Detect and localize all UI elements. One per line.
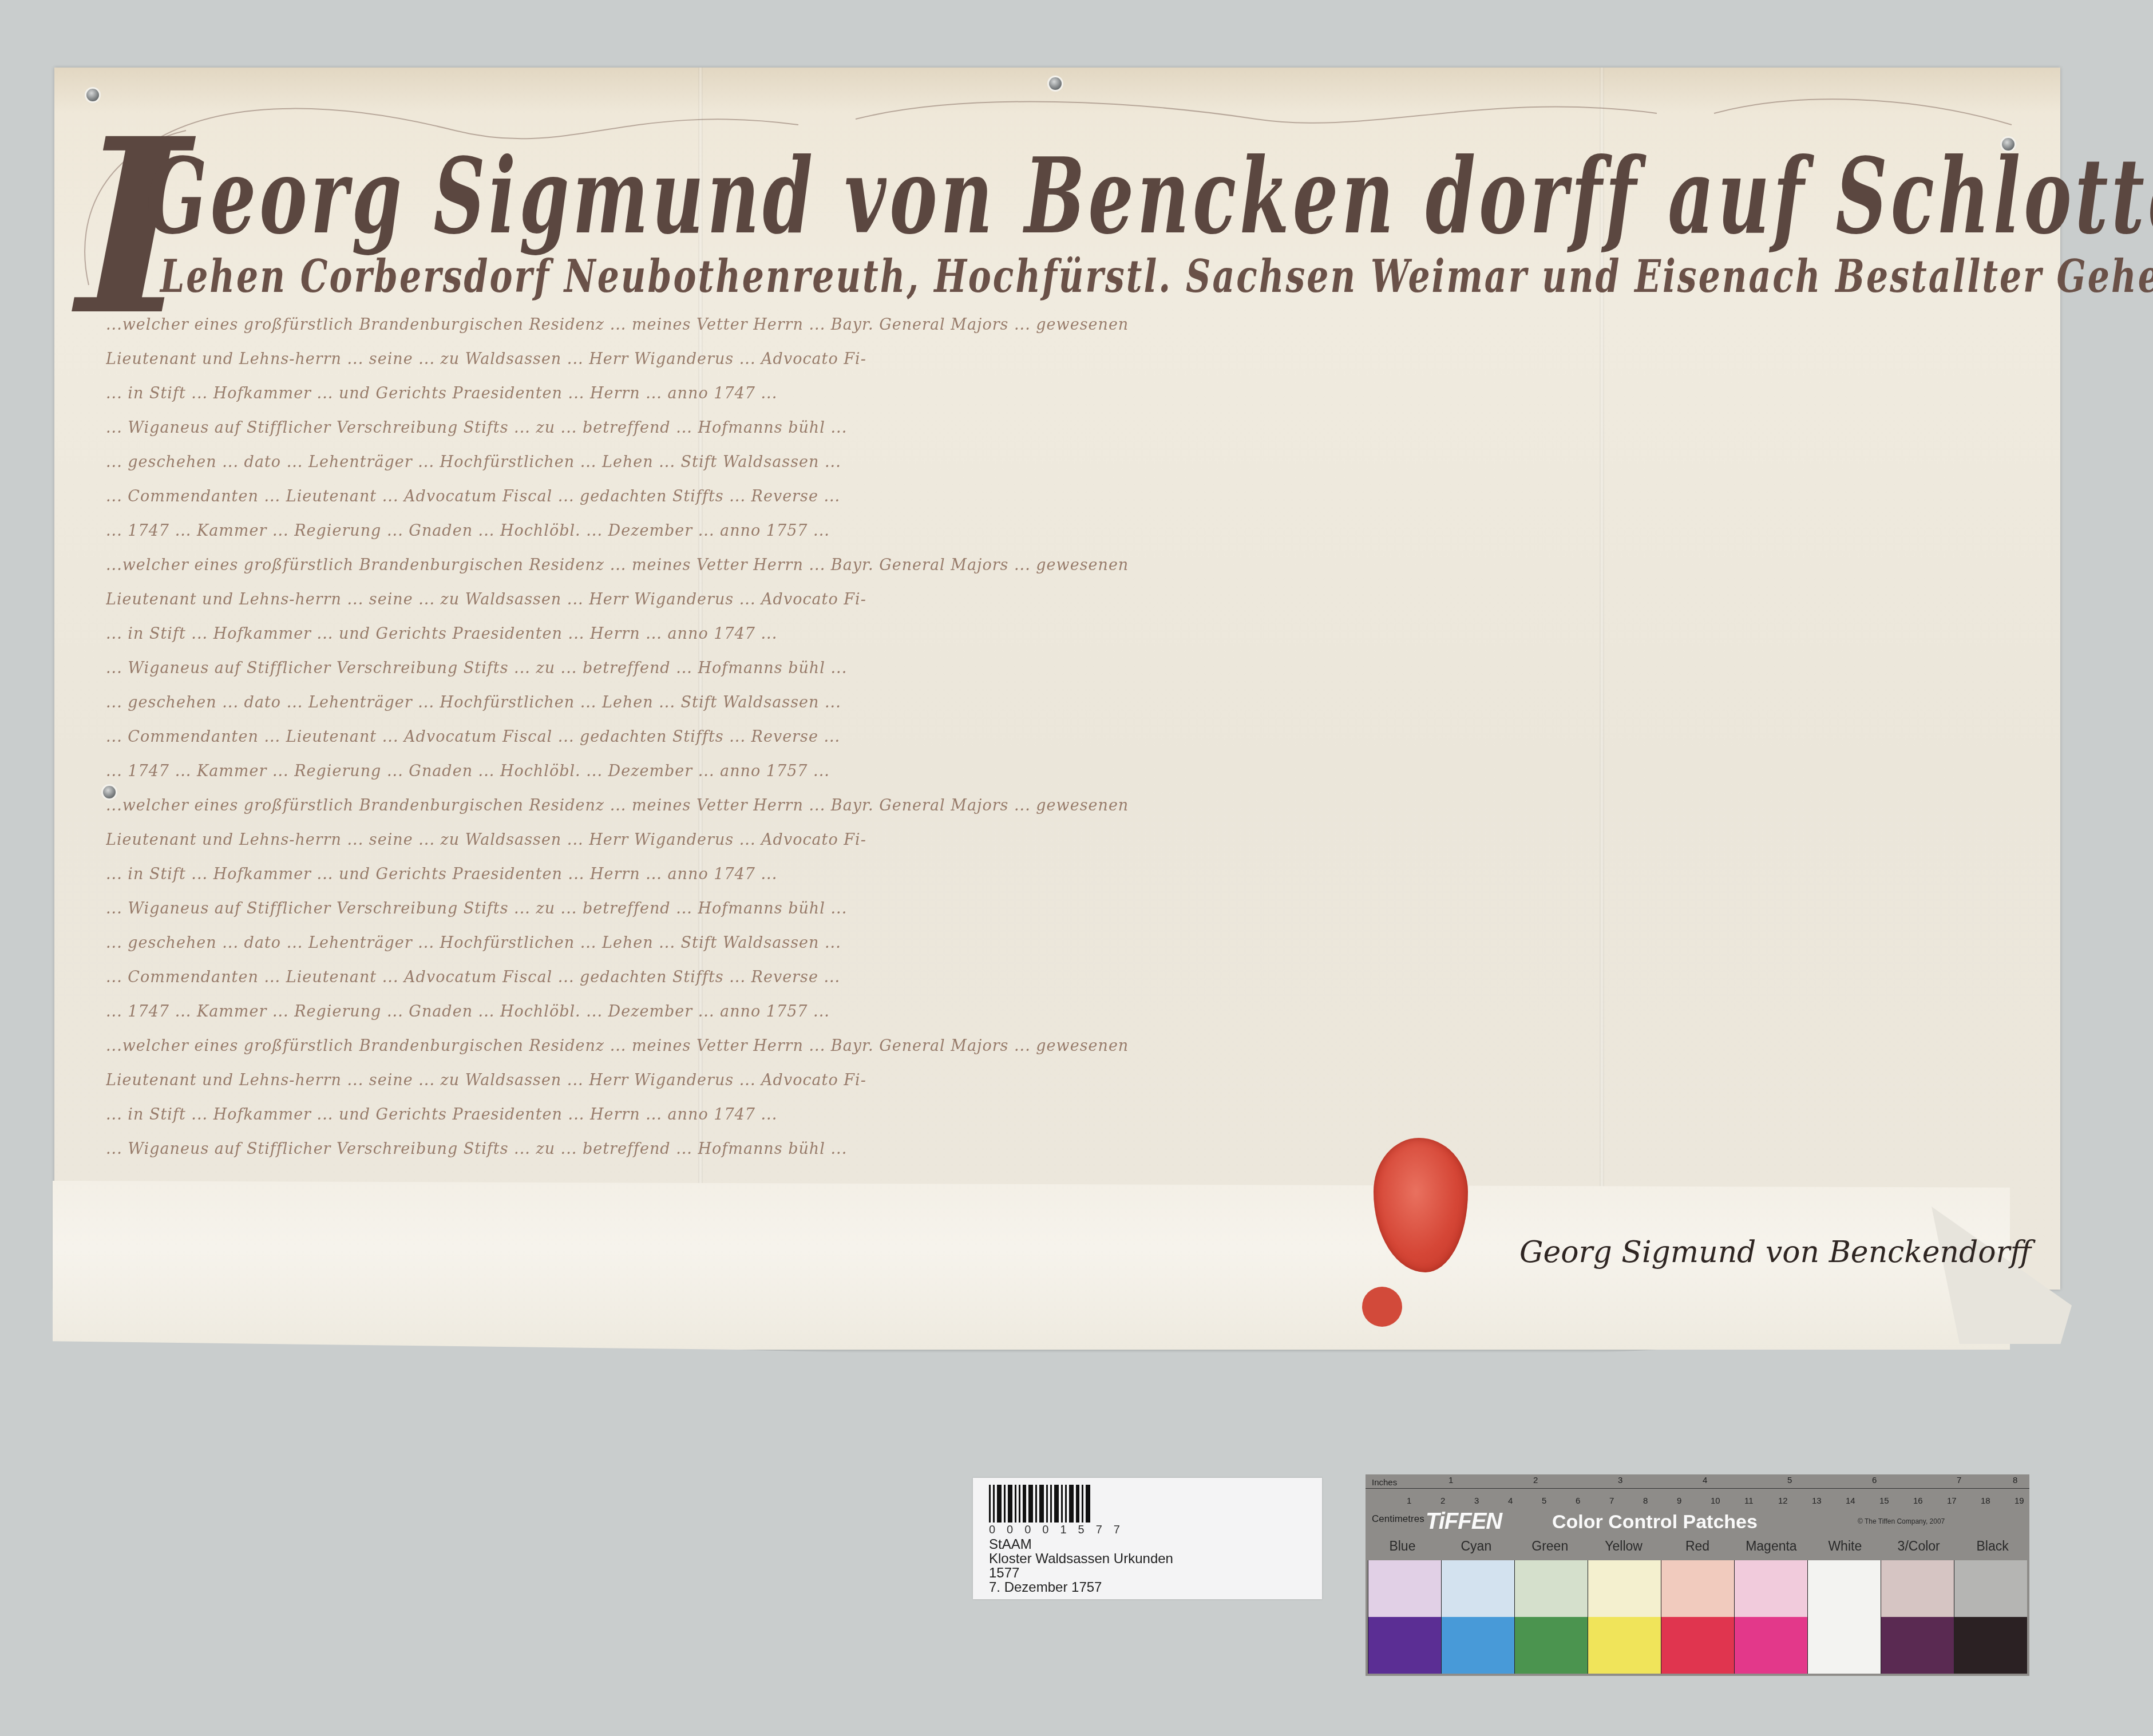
body-line: ... Commendanten ... Lieutenant ... Advo…	[106, 720, 2040, 754]
mounting-pin-icon	[2000, 136, 2016, 152]
cm-tick: 4	[1508, 1496, 1513, 1506]
signature: Georg Sigmund von Benckendorff	[1519, 1235, 2031, 1270]
barcode-number: 00001577	[989, 1524, 1131, 1537]
patch-red	[1661, 1560, 1734, 1674]
label-archive: StAAM	[989, 1537, 1173, 1552]
body-line: ... in Stift ... Hofkammer ... und Geric…	[106, 1098, 2040, 1132]
cm-tick: 19	[2015, 1496, 2024, 1506]
inch-tick: 7	[1957, 1476, 1961, 1485]
patch-yellow	[1588, 1560, 1661, 1674]
label-text: StAAM Kloster Waldsassen Urkunden 1577 7…	[989, 1537, 1173, 1595]
centimetres-label: Centimetres	[1372, 1513, 1424, 1525]
body-line: ... geschehen ... dato ... Lehenträger .…	[106, 686, 2040, 720]
patch-label: Cyan	[1439, 1539, 1513, 1561]
mounting-pin-icon	[1047, 76, 1063, 92]
cm-tick: 13	[1812, 1496, 1822, 1506]
inch-tick: 6	[1872, 1476, 1877, 1485]
cm-tick: 12	[1778, 1496, 1788, 1506]
cm-tick: 5	[1542, 1496, 1546, 1506]
body-line: ...welcher eines großfürstlich Brandenbu…	[106, 1029, 2040, 1063]
patch-green	[1514, 1560, 1588, 1674]
inches-label: Inches	[1372, 1478, 1397, 1488]
body-line: ...welcher eines großfürstlich Brandenbu…	[106, 308, 2040, 342]
patch-labels: Blue Cyan Green Yellow Red Magenta White…	[1366, 1539, 2029, 1561]
color-control-chart: Inches 1 2 3 4 5 6 7 8 1 2 3 4 5 6 7 8 9…	[1366, 1474, 2029, 1676]
body-line: ... in Stift ... Hofkammer ... und Geric…	[106, 617, 2040, 651]
body-line: ... Wiganeus auf Stifflicher Verschreibu…	[106, 1132, 2040, 1166]
patch-label: Black	[1956, 1539, 2029, 1561]
body-line: ...welcher eines großfürstlich Brandenbu…	[106, 548, 2040, 583]
chart-title: Color Control Patches	[1552, 1511, 1758, 1533]
label-number: 1577	[989, 1566, 1173, 1580]
body-line: Lieutenant und Lehns-herrn ... seine ...…	[106, 1063, 2040, 1098]
parchment-document: I Georg Sigmund von Bencken dorff auf Sc…	[54, 68, 2060, 1567]
patch-label: Blue	[1366, 1539, 1439, 1561]
patch-cyan	[1441, 1560, 1514, 1674]
patch-magenta	[1734, 1560, 1807, 1674]
body-line: ... 1747 ... Kammer ... Regierung ... Gn…	[106, 754, 2040, 789]
body-line: ... geschehen ... dato ... Lehenträger .…	[106, 445, 2040, 480]
cm-tick: 3	[1474, 1496, 1479, 1506]
document-subtitle: Lehen Corbersdorf Neubothenreuth, Hochfü…	[160, 251, 2153, 303]
patch-white	[1807, 1560, 1881, 1674]
archive-label: 00001577 StAAM Kloster Waldsassen Urkund…	[973, 1478, 1322, 1599]
cm-tick: 6	[1576, 1496, 1580, 1506]
document-body-text: ...welcher eines großfürstlich Brandenbu…	[106, 308, 2040, 1178]
patch-label: 3/Color	[1882, 1539, 1956, 1561]
body-line: ... Wiganeus auf Stifflicher Verschreibu…	[106, 892, 2040, 926]
label-collection: Kloster Waldsassen Urkunden	[989, 1552, 1173, 1566]
patch-label: Red	[1661, 1539, 1735, 1561]
patch-label: Green	[1513, 1539, 1587, 1561]
cm-tick: 16	[1913, 1496, 1923, 1506]
body-line: Lieutenant und Lehns-herrn ... seine ...…	[106, 342, 2040, 377]
cm-tick: 2	[1440, 1496, 1445, 1506]
document-title: Georg Sigmund von Bencken dorff auf Schl…	[146, 136, 2035, 258]
inch-tick: 1	[1448, 1476, 1453, 1485]
inch-tick: 4	[1703, 1476, 1707, 1485]
copyright: © The Tiffen Company, 2007	[1858, 1517, 1945, 1525]
patch-label: Yellow	[1587, 1539, 1661, 1561]
cm-tick: 8	[1643, 1496, 1648, 1506]
cm-tick: 15	[1879, 1496, 1889, 1506]
cm-tick: 14	[1846, 1496, 1855, 1506]
inch-tick: 8	[2013, 1476, 2017, 1485]
cm-tick: 7	[1609, 1496, 1614, 1506]
patch-blue	[1368, 1560, 1441, 1674]
patch-black	[1954, 1560, 2027, 1674]
body-line: ...welcher eines großfürstlich Brandenbu…	[106, 789, 2040, 823]
barcode-icon	[989, 1485, 1093, 1523]
body-line: ... Commendanten ... Lieutenant ... Advo…	[106, 960, 2040, 995]
inch-tick: 5	[1787, 1476, 1792, 1485]
mounting-pin-icon	[101, 784, 117, 800]
inch-tick: 2	[1533, 1476, 1538, 1485]
body-line: ... geschehen ... dato ... Lehenträger .…	[106, 926, 2040, 960]
body-line: ... in Stift ... Hofkammer ... und Geric…	[106, 857, 2040, 892]
body-line: ... 1747 ... Kammer ... Regierung ... Gn…	[106, 995, 2040, 1029]
mounting-pin-icon	[85, 87, 101, 103]
cm-tick: 18	[1981, 1496, 1990, 1506]
cm-tick: 9	[1677, 1496, 1681, 1506]
cm-tick: 17	[1947, 1496, 1957, 1506]
label-date: 7. Dezember 1757	[989, 1580, 1173, 1595]
patch-label: White	[1808, 1539, 1882, 1561]
cm-tick: 10	[1711, 1496, 1720, 1506]
inch-tick: 3	[1618, 1476, 1622, 1485]
patch-3color	[1881, 1560, 1954, 1674]
body-line: ... Commendanten ... Lieutenant ... Advo…	[106, 480, 2040, 514]
wax-seal-drip	[1362, 1287, 1402, 1327]
cm-tick: 11	[1744, 1496, 1754, 1506]
body-line: ... in Stift ... Hofkammer ... und Geric…	[106, 377, 2040, 411]
tiffen-logo: TiFFEN	[1426, 1509, 1502, 1535]
patch-label: Magenta	[1734, 1539, 1808, 1561]
body-line: ... Wiganeus auf Stifflicher Verschreibu…	[106, 411, 2040, 445]
body-line: Lieutenant und Lehns-herrn ... seine ...…	[106, 823, 2040, 857]
body-line: ... 1747 ... Kammer ... Regierung ... Gn…	[106, 514, 2040, 548]
cm-tick: 1	[1407, 1496, 1411, 1506]
body-line: ... Wiganeus auf Stifflicher Verschreibu…	[106, 651, 2040, 686]
color-patches	[1368, 1560, 2027, 1674]
body-line: Lieutenant und Lehns-herrn ... seine ...…	[106, 583, 2040, 617]
